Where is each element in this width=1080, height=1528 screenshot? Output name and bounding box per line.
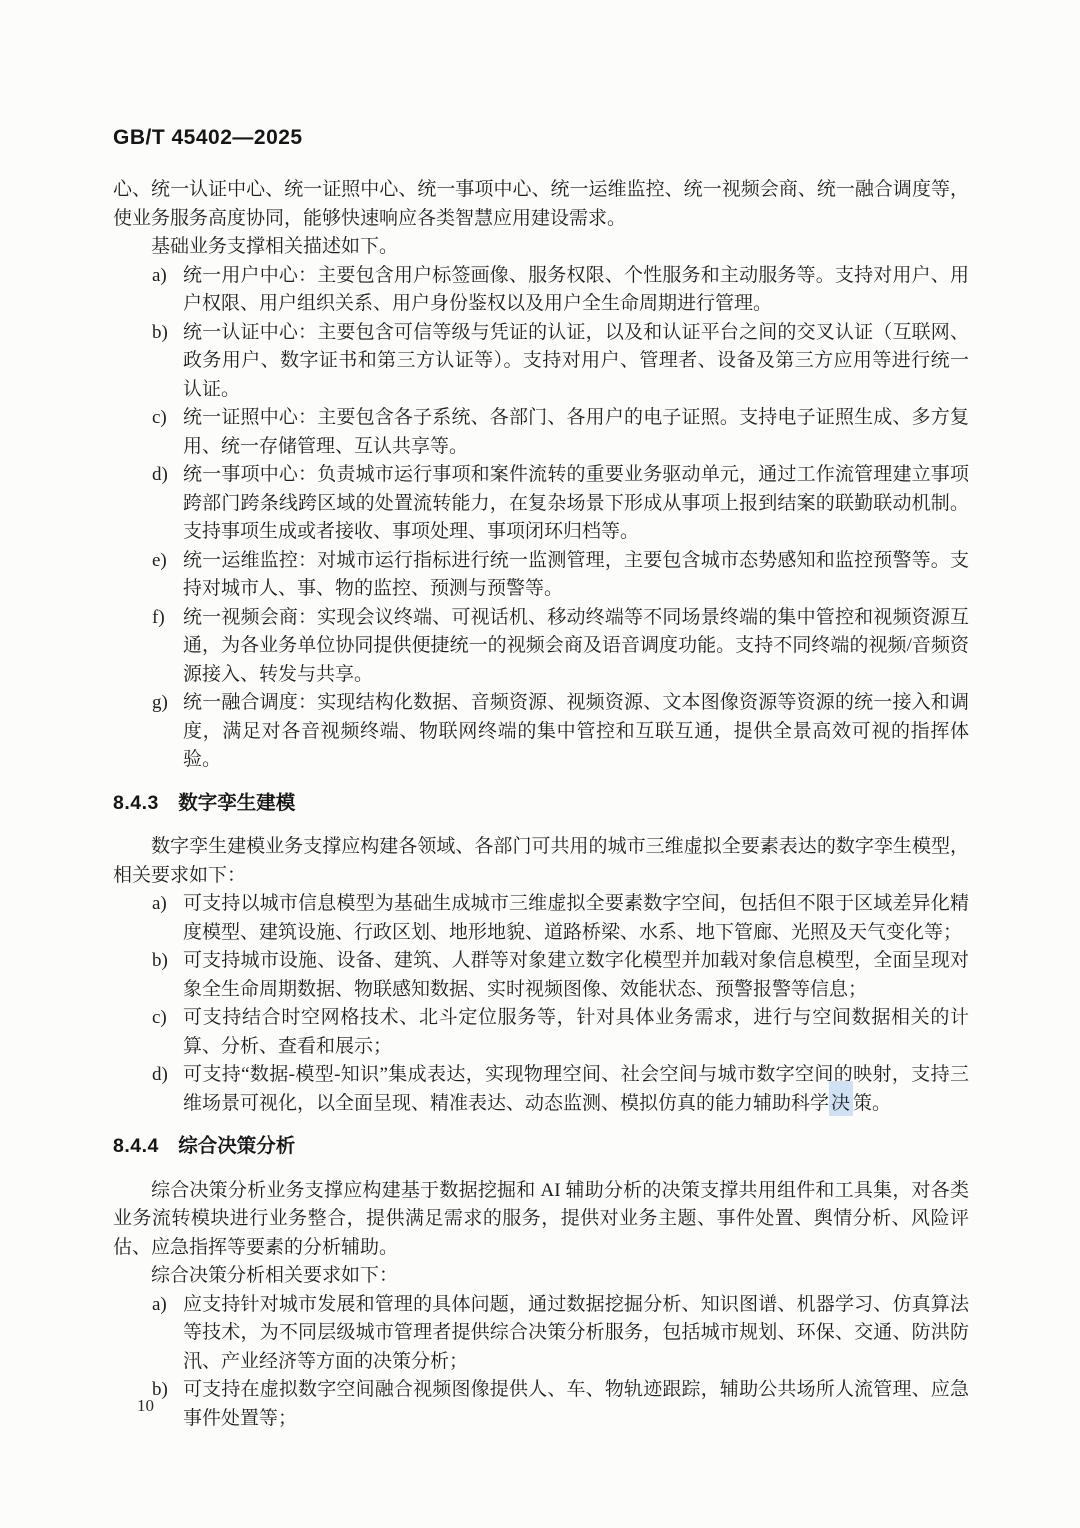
list-item-text: 统一事项中心：负责城市运行事项和案件流转的重要业务驱动单元，通过工作流管理建立事… bbox=[183, 464, 969, 542]
list-item-text: 统一认证中心：主要包含可信等级与凭证的认证，以及和认证平台之间的交叉认证（互联网… bbox=[183, 322, 969, 400]
list-item: g) 统一融合调度：实现结构化数据、音频资源、视频资源、文本图像资源等资源的统一… bbox=[113, 689, 969, 775]
list-item-label: a) bbox=[152, 262, 167, 291]
page-number: 10 bbox=[137, 1396, 154, 1416]
list-item: e) 统一运维监控：对城市运行指标进行统一监测管理，主要包含城市态势感知和监控预… bbox=[113, 547, 969, 604]
list-item-text: 统一视频会商：实现会议终端、可视话机、移动终端等不同场景终端的集中管控和视频资源… bbox=[183, 607, 969, 685]
doc-code: GB/T 45402—2025 bbox=[113, 126, 303, 150]
list-item-label: b) bbox=[152, 319, 168, 348]
list-item: a) 应支持针对城市发展和管理的具体问题，通过数据挖掘分析、知识图谱、机器学习、… bbox=[113, 1291, 969, 1377]
list-item-label: c) bbox=[152, 404, 167, 433]
list-item-text: 统一融合调度：实现结构化数据、音频资源、视频资源、文本图像资源等资源的统一接入和… bbox=[183, 692, 969, 770]
selection-highlight: 决 bbox=[829, 1081, 853, 1116]
list-item-text: 统一证照中心：主要包含各子系统、各部门、各用户的电子证照。支持电子证照生成、多方… bbox=[183, 407, 969, 457]
list-item: c) 可支持结合时空网格技术、北斗定位服务等，针对具体业务需求，进行与空间数据相… bbox=[113, 1004, 969, 1061]
list-item: f) 统一视频会商：实现会议终端、可视话机、移动终端等不同场景终端的集中管控和视… bbox=[113, 604, 969, 690]
section-heading: 8.4.4 综合决策分析 bbox=[113, 1132, 969, 1161]
list-item-label: a) bbox=[152, 890, 167, 919]
list-item: a) 可支持以城市信息模型为基础生成城市三维虚拟全要素数字空间，包括但不限于区域… bbox=[113, 890, 969, 947]
list-item: d) 统一事项中心：负责城市运行事项和案件流转的重要业务驱动单元，通过工作流管理… bbox=[113, 461, 969, 547]
list-item-label: d) bbox=[152, 461, 168, 490]
section-heading: 8.4.3 数字孪生建模 bbox=[113, 789, 969, 818]
list-item-label: g) bbox=[152, 689, 168, 718]
section-number: 8.4.4 bbox=[113, 1135, 159, 1157]
list-item-label: c) bbox=[152, 1004, 167, 1033]
list-item: c) 统一证照中心：主要包含各子系统、各部门、各用户的电子证照。支持电子证照生成… bbox=[113, 404, 969, 461]
list-item-label: d) bbox=[152, 1061, 168, 1090]
list-item-label: f) bbox=[152, 604, 165, 633]
body-paragraph: 心、统一认证中心、统一证照中心、统一事项中心、统一运维监控、统一视频会商、统一融… bbox=[113, 176, 969, 233]
body-paragraph: 基础业务支撑相关描述如下。 bbox=[113, 233, 969, 262]
list-item: b) 可支持城市设施、设备、建筑、人群等对象建立数字化模型并加载对象信息模型，全… bbox=[113, 947, 969, 1004]
list-item-text: 可支持以城市信息模型为基础生成城市三维虚拟全要素数字空间，包括但不限于区域差异化… bbox=[183, 893, 969, 943]
body-paragraph: 综合决策分析业务支撑应构建基于数据挖掘和 AI 辅助分析的决策支撑共用组件和工具… bbox=[113, 1177, 969, 1263]
list-item-label: e) bbox=[152, 547, 167, 576]
list-item-label: a) bbox=[152, 1291, 167, 1320]
list-item-text: 统一运维监控：对城市运行指标进行统一监测管理，主要包含城市态势感知和监控预警等。… bbox=[183, 550, 969, 600]
list-item-text: 可支持“数据-模型-知识”集成表达，实现物理空间、社会空间与城市数字空间的映射，… bbox=[183, 1064, 969, 1116]
list-item-label: b) bbox=[152, 947, 168, 976]
body-paragraph: 数字孪生建模业务支撑应构建各领域、各部门可共用的城市三维虚拟全要素表达的数字孪生… bbox=[113, 833, 969, 890]
list-item: b) 统一认证中心：主要包含可信等级与凭证的认证，以及和认证平台之间的交叉认证（… bbox=[113, 319, 969, 405]
list-item: d) 可支持“数据-模型-知识”集成表达，实现物理空间、社会空间与城市数字空间的… bbox=[113, 1061, 969, 1118]
list-item-text: 统一用户中心：主要包含用户标签画像、服务权限、个性服务和主动服务等。支持对用户、… bbox=[183, 265, 969, 315]
list-item-text: 可支持城市设施、设备、建筑、人群等对象建立数字化模型并加载对象信息模型，全面呈现… bbox=[183, 950, 969, 1000]
document-body: 心、统一认证中心、统一证照中心、统一事项中心、统一运维监控、统一视频会商、统一融… bbox=[113, 176, 969, 1433]
list-item-label: b) bbox=[152, 1376, 168, 1405]
section-number: 8.4.3 bbox=[113, 792, 159, 814]
list-item-text: 应支持针对城市发展和管理的具体问题，通过数据挖掘分析、知识图谱、机器学习、仿真算… bbox=[183, 1294, 969, 1372]
list-item: b) 可支持在虚拟数字空间融合视频图像提供人、车、物轨迹跟踪，辅助公共场所人流管… bbox=[113, 1376, 969, 1433]
section-title: 综合决策分析 bbox=[178, 1135, 295, 1157]
list-item-text: 可支持结合时空网格技术、北斗定位服务等，针对具体业务需求，进行与空间数据相关的计… bbox=[183, 1007, 969, 1057]
section-title: 数字孪生建模 bbox=[178, 792, 295, 814]
list-item: a) 统一用户中心：主要包含用户标签画像、服务权限、个性服务和主动服务等。支持对… bbox=[113, 262, 969, 319]
list-item-text: 可支持在虚拟数字空间融合视频图像提供人、车、物轨迹跟踪，辅助公共场所人流管理、应… bbox=[183, 1379, 969, 1429]
body-paragraph: 综合决策分析相关要求如下： bbox=[113, 1262, 969, 1291]
list-item-text-post: 策。 bbox=[853, 1093, 891, 1114]
